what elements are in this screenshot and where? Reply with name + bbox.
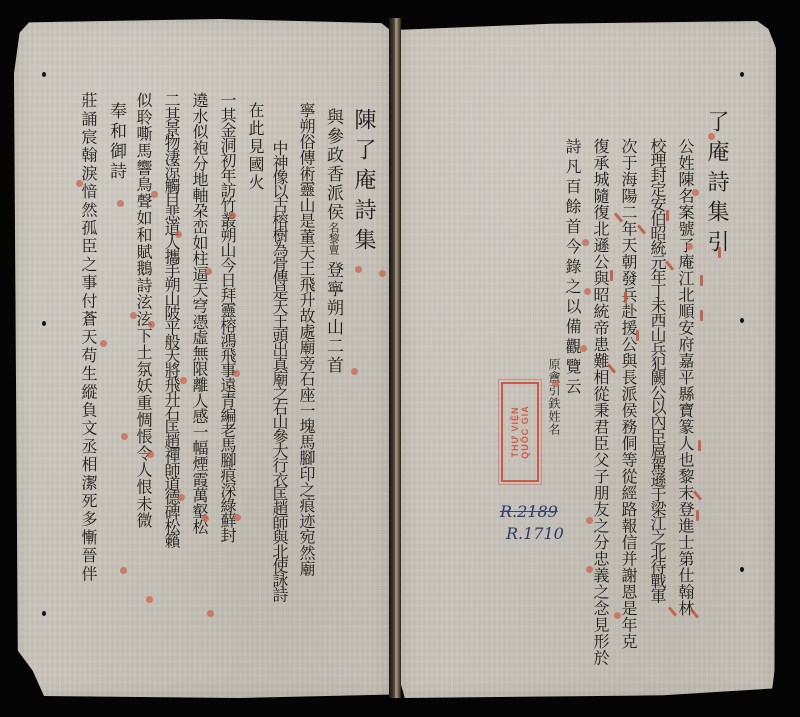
catalog-number-old: R.2189: [500, 502, 558, 521]
red-punctuation: [234, 514, 241, 521]
red-punctuation: [147, 451, 154, 458]
red-punctuation: [584, 288, 591, 295]
left-subtitle: 與參政香派侯名黎亶登寧朔山二首: [322, 108, 344, 375]
red-punctuation: [202, 515, 209, 522]
red-punctuation: [117, 200, 124, 207]
red-punctuation: [207, 610, 214, 617]
binding-hole: [740, 567, 744, 572]
left-text-column: 奉和御詩: [105, 102, 127, 182]
red-punctuation: [692, 189, 699, 196]
red-punctuation: [178, 494, 185, 501]
left-page-title: 陳了庵詩集: [350, 108, 376, 258]
binding-hole: [42, 72, 46, 77]
left-text-column: 遶水似袍分地軸朶峦如柱逼天穹憑虛無限離人感一幅煙霞萬壑松: [189, 92, 209, 534]
red-punctuation: [205, 268, 212, 275]
red-punctuation: [148, 321, 155, 328]
right-col-tail: 務侗等從經路報信并謝恩是年克: [619, 419, 638, 650]
red-punctuation: [233, 370, 240, 377]
red-punctuation: [175, 231, 182, 238]
red-punctuation: [700, 275, 703, 286]
red-punctuation: [636, 330, 639, 341]
left-text-column: 在此見國火: [245, 102, 265, 192]
red-punctuation: [696, 510, 699, 521]
red-punctuation: [586, 566, 593, 573]
right-text-column: 公姓陳名案號了庵江北順安府嘉平縣寶篆人也黎末登進士第仕翰林: [674, 138, 696, 617]
stamp-line-1: THƯ VIỆN: [510, 405, 520, 459]
red-punctuation: [718, 247, 721, 258]
red-punctuation: [146, 596, 153, 603]
binding-hole: [42, 611, 46, 616]
catalog-number-new: R.1710: [506, 524, 564, 543]
library-stamp: THƯ VIỆN QUỐC GIA: [501, 382, 539, 482]
left-text-column: 二其景物淒涼觸目悲道人攜手朔山陂平般天將飛升石匡趙禪師道德碑松籟: [161, 92, 181, 546]
red-punctuation: [355, 266, 362, 273]
left-text-column: 一其金洞初年訪竹叢朔山今日拜靈榕鴻飛事遠青編老馬腳痕深綠蘚封: [217, 92, 237, 542]
subtitle-tail: 登寧朔山二首: [323, 255, 343, 375]
red-punctuation: [698, 440, 701, 451]
right-note: 原盦引鉄姓名: [541, 358, 567, 436]
subtitle-note: 名黎亶: [327, 222, 340, 255]
red-punctuation: [708, 133, 715, 140]
left-text-column: 中神像以古榕樹為骨傳是天王頭出真廟之右山參大行衣匡趙師與北使詠詩: [269, 140, 289, 601]
book-spine: [389, 18, 401, 698]
binding-hole: [740, 318, 744, 323]
red-punctuation: [229, 212, 236, 219]
left-text-column: 莊誦宸翰淚愔然孤臣之事付蒼天苟生縱負文丞相潔死多慚晉伴: [78, 92, 98, 583]
right-page-title: 了庵詩集引: [703, 110, 729, 260]
right-text-column: 次于海陽二年天朝發兵赴援公與長派侯務侗等從經路報信并謝恩是年克: [617, 138, 639, 650]
red-punctuation: [586, 517, 593, 524]
red-punctuation: [580, 345, 587, 352]
red-punctuation: [121, 433, 128, 440]
red-punctuation: [666, 210, 669, 221]
left-text-column: 似聆嘶馬響鳥聲如和賦鵝詩泫泫下土氛妖重惆悵令人恨未微: [133, 92, 153, 529]
red-punctuation: [351, 368, 358, 375]
red-punctuation: [180, 377, 187, 384]
binding-hole: [42, 321, 46, 326]
red-punctuation: [379, 270, 386, 277]
right-col-tail: 秉君臣父子朋友之分忠義之念見形於: [591, 402, 610, 666]
red-punctuation: [552, 380, 559, 387]
red-punctuation: [151, 191, 158, 198]
red-punctuation: [614, 612, 621, 619]
red-punctuation: [700, 310, 703, 321]
binding-hole: [740, 72, 744, 77]
right-text-column: 復承城隨復北遜公與昭統帝患難相從秉君臣父子朋友之分忠義之念見形於: [589, 138, 611, 666]
red-punctuation: [130, 312, 137, 319]
red-punctuation: [76, 180, 83, 187]
subtitle-main: 與參政香派侯: [323, 108, 343, 222]
red-punctuation: [686, 243, 693, 250]
right-col-head: 次于海陽二年天朝發兵赴援公與長派侯: [619, 138, 638, 419]
red-punctuation: [582, 239, 589, 246]
red-punctuation: [624, 292, 627, 303]
right-text-column: 校理封定安伯昭統元年丁未西山兵犯闕公以內臣扈駕遜于梁江之北待戰軍: [646, 138, 668, 602]
red-punctuation: [610, 270, 613, 281]
red-punctuation: [120, 567, 127, 574]
red-punctuation: [100, 340, 107, 347]
left-text-column: 寧朔俗傳術靈山是董天王飛升故處廟旁石座一塊馬腳印之痕迹宛然廟: [296, 102, 316, 576]
right-col-head: 復承城隨復北遜公與昭統帝患難相從: [591, 138, 610, 402]
stamp-line-2: QUỐC GIA: [520, 405, 530, 459]
